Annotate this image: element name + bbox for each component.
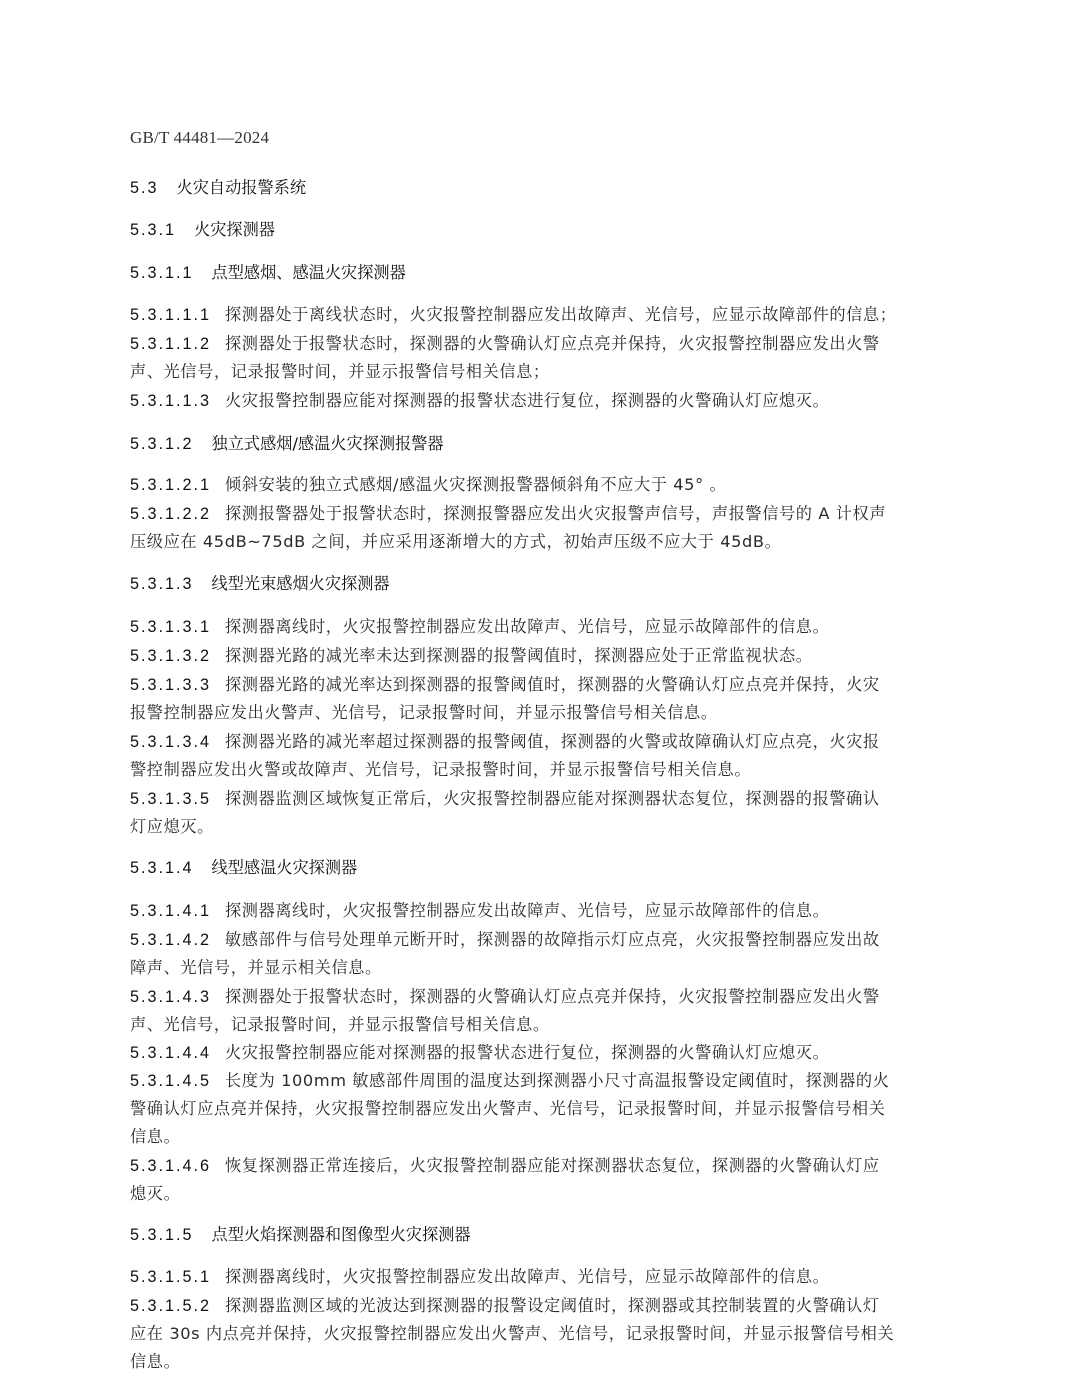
clause-paragraph: 5.3.1.3.5探测器监测区域恢复正常后，火灾报警控制器应能对探测器状态复位，… <box>130 788 880 810</box>
clause-number: 5.3.1.3.1 <box>130 618 211 636</box>
clause-text: 探测器处于报警状态时，探测器的火警确认灯应点亮并保持，火灾报警控制器应发出火警 <box>225 334 880 353</box>
clause-paragraph: 5.3.1.1.1探测器处于离线状态时，火灾报警控制器应发出故障声、光信号，应显… <box>130 304 897 326</box>
clause-text: 探测器离线时，火灾报警控制器应发出故障声、光信号，应显示故障部件的信息。 <box>225 1267 829 1286</box>
clause-text-continued: 警确认灯应点亮并保持，火灾报警控制器应发出火警声、光信号，记录报警时间，并显示报… <box>130 1098 885 1120</box>
clause-text: 探测器离线时，火灾报警控制器应发出故障声、光信号，应显示故障部件的信息。 <box>225 617 829 636</box>
clause-text-continued: 信息。 <box>130 1351 180 1373</box>
clause-number: 5.3.1.4.6 <box>130 1157 211 1175</box>
clause-text-continued: 应在 30s 内点亮并保持，火灾报警控制器应发出火警声、光信号，记录报警时间，并… <box>130 1323 894 1345</box>
clause-paragraph: 5.3.1.5.2探测器监测区域的光波达到探测器的报警设定阈值时，探测器或其控制… <box>130 1295 880 1317</box>
clause-text-continued: 熄灭。 <box>130 1183 180 1205</box>
clause-text: 探测器处于报警状态时，探测器的火警确认灯应点亮并保持，火灾报警控制器应发出火警 <box>225 987 880 1006</box>
clause-text-continued: 压级应在 45dB~75dB 之间，并应采用逐渐增大的方式，初始声压级不应大于 … <box>130 531 781 553</box>
section-number: 5.3 <box>130 179 159 197</box>
clause-text: 恢复探测器正常连接后，火灾报警控制器应能对探测器状态复位，探测器的火警确认灯应 <box>225 1156 880 1175</box>
clause-paragraph: 5.3.1.4.5长度为 100mm 敏感部件周围的温度达到探测器小尺寸高温报警… <box>130 1070 890 1092</box>
standard-code: GB/T 44481—2024 <box>130 128 269 148</box>
clause-text: 探测器光路的减光率未达到探测器的报警阈值时，探测器应处于正常监视状态。 <box>225 646 813 665</box>
clause-number: 5.3.1.5.2 <box>130 1297 211 1315</box>
clause-text-continued: 信息。 <box>130 1126 180 1148</box>
clause-number: 5.3.1.1 <box>130 264 194 282</box>
clause-text: 探测器光路的减光率达到探测器的报警阈值时，探测器的火警确认灯应点亮并保持，火灾 <box>225 675 880 694</box>
clause-number: 5.3.1.2.2 <box>130 505 211 523</box>
clause-text-continued: 声、光信号，记录报警时间，并显示报警信号相关信息。 <box>130 1014 550 1036</box>
clause-paragraph: 5.3.1.3.3探测器光路的减光率达到探测器的报警阈值时，探测器的火警确认灯应… <box>130 674 880 696</box>
subsection-title: 火灾探测器 <box>194 220 275 239</box>
clause-title: 独立式感烟/感温火灾探测报警器 <box>212 434 444 453</box>
clause-paragraph: 5.3.1.4.4火灾报警控制器应能对探测器的报警状态进行复位，探测器的火警确认… <box>130 1042 829 1064</box>
clause-paragraph: 5.3.1.2.1倾斜安装的独立式感烟/感温火灾探测报警器倾斜角不应大于 45°… <box>130 474 726 496</box>
clause-text: 探测器处于离线状态时，火灾报警控制器应发出故障声、光信号，应显示故障部件的信息； <box>225 305 897 324</box>
section-title: 火灾自动报警系统 <box>177 178 307 197</box>
clause-title: 线型感温火灾探测器 <box>212 858 358 877</box>
clause-text: 探测器监测区域的光波达到探测器的报警设定阈值时，探测器或其控制装置的火警确认灯 <box>225 1296 880 1315</box>
clause-text: 探测器监测区域恢复正常后，火灾报警控制器应能对探测器状态复位，探测器的报警确认 <box>225 789 880 808</box>
clause-number: 5.3.1.4.1 <box>130 902 211 920</box>
clause-title: 线型光束感烟火灾探测器 <box>212 574 390 593</box>
clause-number: 5.3.1.1.3 <box>130 392 211 410</box>
clause-paragraph: 5.3.1.1.3火灾报警控制器应能对探测器的报警状态进行复位，探测器的火警确认… <box>130 390 829 412</box>
clause-paragraph: 5.3.1.4.2敏感部件与信号处理单元断开时，探测器的故障指示灯应点亮，火灾报… <box>130 929 880 951</box>
clause-text-continued: 报警控制器应发出火警声、光信号，记录报警时间，并显示报警信号相关信息。 <box>130 702 718 724</box>
clause-number: 5.3.1.4 <box>130 859 194 877</box>
clause-heading: 5.3.1.5点型火焰探测器和图像型火灾探测器 <box>130 1224 471 1246</box>
clause-paragraph: 5.3.1.3.4探测器光路的减光率超过探测器的报警阈值，探测器的火警或故障确认… <box>130 731 880 753</box>
clause-text-continued: 灯应熄灭。 <box>130 816 214 838</box>
clause-title: 点型火焰探测器和图像型火灾探测器 <box>212 1225 471 1244</box>
clause-number: 5.3.1.3.2 <box>130 647 211 665</box>
clause-paragraph: 5.3.1.4.6恢复探测器正常连接后，火灾报警控制器应能对探测器状态复位，探测… <box>130 1155 880 1177</box>
clause-number: 5.3.1.4.3 <box>130 988 211 1006</box>
clause-number: 5.3.1.1.2 <box>130 335 211 353</box>
clause-paragraph: 5.3.1.2.2探测报警器处于报警状态时，探测报警器应发出火灾报警声信号，声报… <box>130 503 886 525</box>
clause-number: 5.3.1.3.3 <box>130 676 211 694</box>
clause-paragraph: 5.3.1.5.1探测器离线时，火灾报警控制器应发出故障声、光信号，应显示故障部… <box>130 1266 829 1288</box>
clause-heading: 5.3.1.4线型感温火灾探测器 <box>130 857 357 879</box>
clause-title: 点型感烟、感温火灾探测器 <box>212 263 406 282</box>
clause-text: 长度为 100mm 敏感部件周围的温度达到探测器小尺寸高温报警设定阈值时，探测器… <box>225 1071 890 1090</box>
clause-text: 敏感部件与信号处理单元断开时，探测器的故障指示灯应点亮，火灾报警控制器应发出故 <box>225 930 880 949</box>
subsection-number: 5.3.1 <box>130 221 176 239</box>
section-heading: 5.3火灾自动报警系统 <box>130 177 306 199</box>
clause-number: 5.3.1.3.5 <box>130 790 211 808</box>
clause-paragraph: 5.3.1.3.2探测器光路的减光率未达到探测器的报警阈值时，探测器应处于正常监… <box>130 645 813 667</box>
clause-number: 5.3.1.3.4 <box>130 733 211 751</box>
clause-number: 5.3.1.5.1 <box>130 1268 211 1286</box>
clause-paragraph: 5.3.1.1.2探测器处于报警状态时，探测器的火警确认灯应点亮并保持，火灾报警… <box>130 333 880 355</box>
subsection-heading: 5.3.1火灾探测器 <box>130 219 275 241</box>
clause-heading: 5.3.1.3线型光束感烟火灾探测器 <box>130 573 390 595</box>
clause-text: 火灾报警控制器应能对探测器的报警状态进行复位，探测器的火警确认灯应熄灭。 <box>225 1043 829 1062</box>
clause-text-continued: 障声、光信号，并显示相关信息。 <box>130 957 382 979</box>
clause-text-continued: 警控制器应发出火警或故障声、光信号，记录报警时间，并显示报警信号相关信息。 <box>130 759 751 781</box>
clause-number: 5.3.1.4.2 <box>130 931 211 949</box>
clause-text: 火灾报警控制器应能对探测器的报警状态进行复位，探测器的火警确认灯应熄灭。 <box>225 391 829 410</box>
clause-text: 探测器离线时，火灾报警控制器应发出故障声、光信号，应显示故障部件的信息。 <box>225 901 829 920</box>
clause-paragraph: 5.3.1.4.1探测器离线时，火灾报警控制器应发出故障声、光信号，应显示故障部… <box>130 900 829 922</box>
clause-number: 5.3.1.1.1 <box>130 306 211 324</box>
clause-text-continued: 声、光信号，记录报警时间，并显示报警信号相关信息； <box>130 361 550 383</box>
clause-number: 5.3.1.2.1 <box>130 476 211 494</box>
clause-number: 5.3.1.4.4 <box>130 1044 211 1062</box>
clause-heading: 5.3.1.1点型感烟、感温火灾探测器 <box>130 262 406 284</box>
clause-number: 5.3.1.4.5 <box>130 1072 211 1090</box>
clause-number: 5.3.1.3 <box>130 575 194 593</box>
clause-number: 5.3.1.2 <box>130 435 194 453</box>
clause-paragraph: 5.3.1.3.1探测器离线时，火灾报警控制器应发出故障声、光信号，应显示故障部… <box>130 616 829 638</box>
clause-text: 探测器光路的减光率超过探测器的报警阈值，探测器的火警或故障确认灯应点亮，火灾报 <box>225 732 880 751</box>
clause-paragraph: 5.3.1.4.3探测器处于报警状态时，探测器的火警确认灯应点亮并保持，火灾报警… <box>130 986 880 1008</box>
clause-text: 探测报警器处于报警状态时，探测报警器应发出火灾报警声信号，声报警信号的 A 计权… <box>225 504 886 523</box>
clause-heading: 5.3.1.2独立式感烟/感温火灾探测报警器 <box>130 433 444 455</box>
clause-text: 倾斜安装的独立式感烟/感温火灾探测报警器倾斜角不应大于 45° 。 <box>225 475 726 494</box>
clause-number: 5.3.1.5 <box>130 1226 194 1244</box>
